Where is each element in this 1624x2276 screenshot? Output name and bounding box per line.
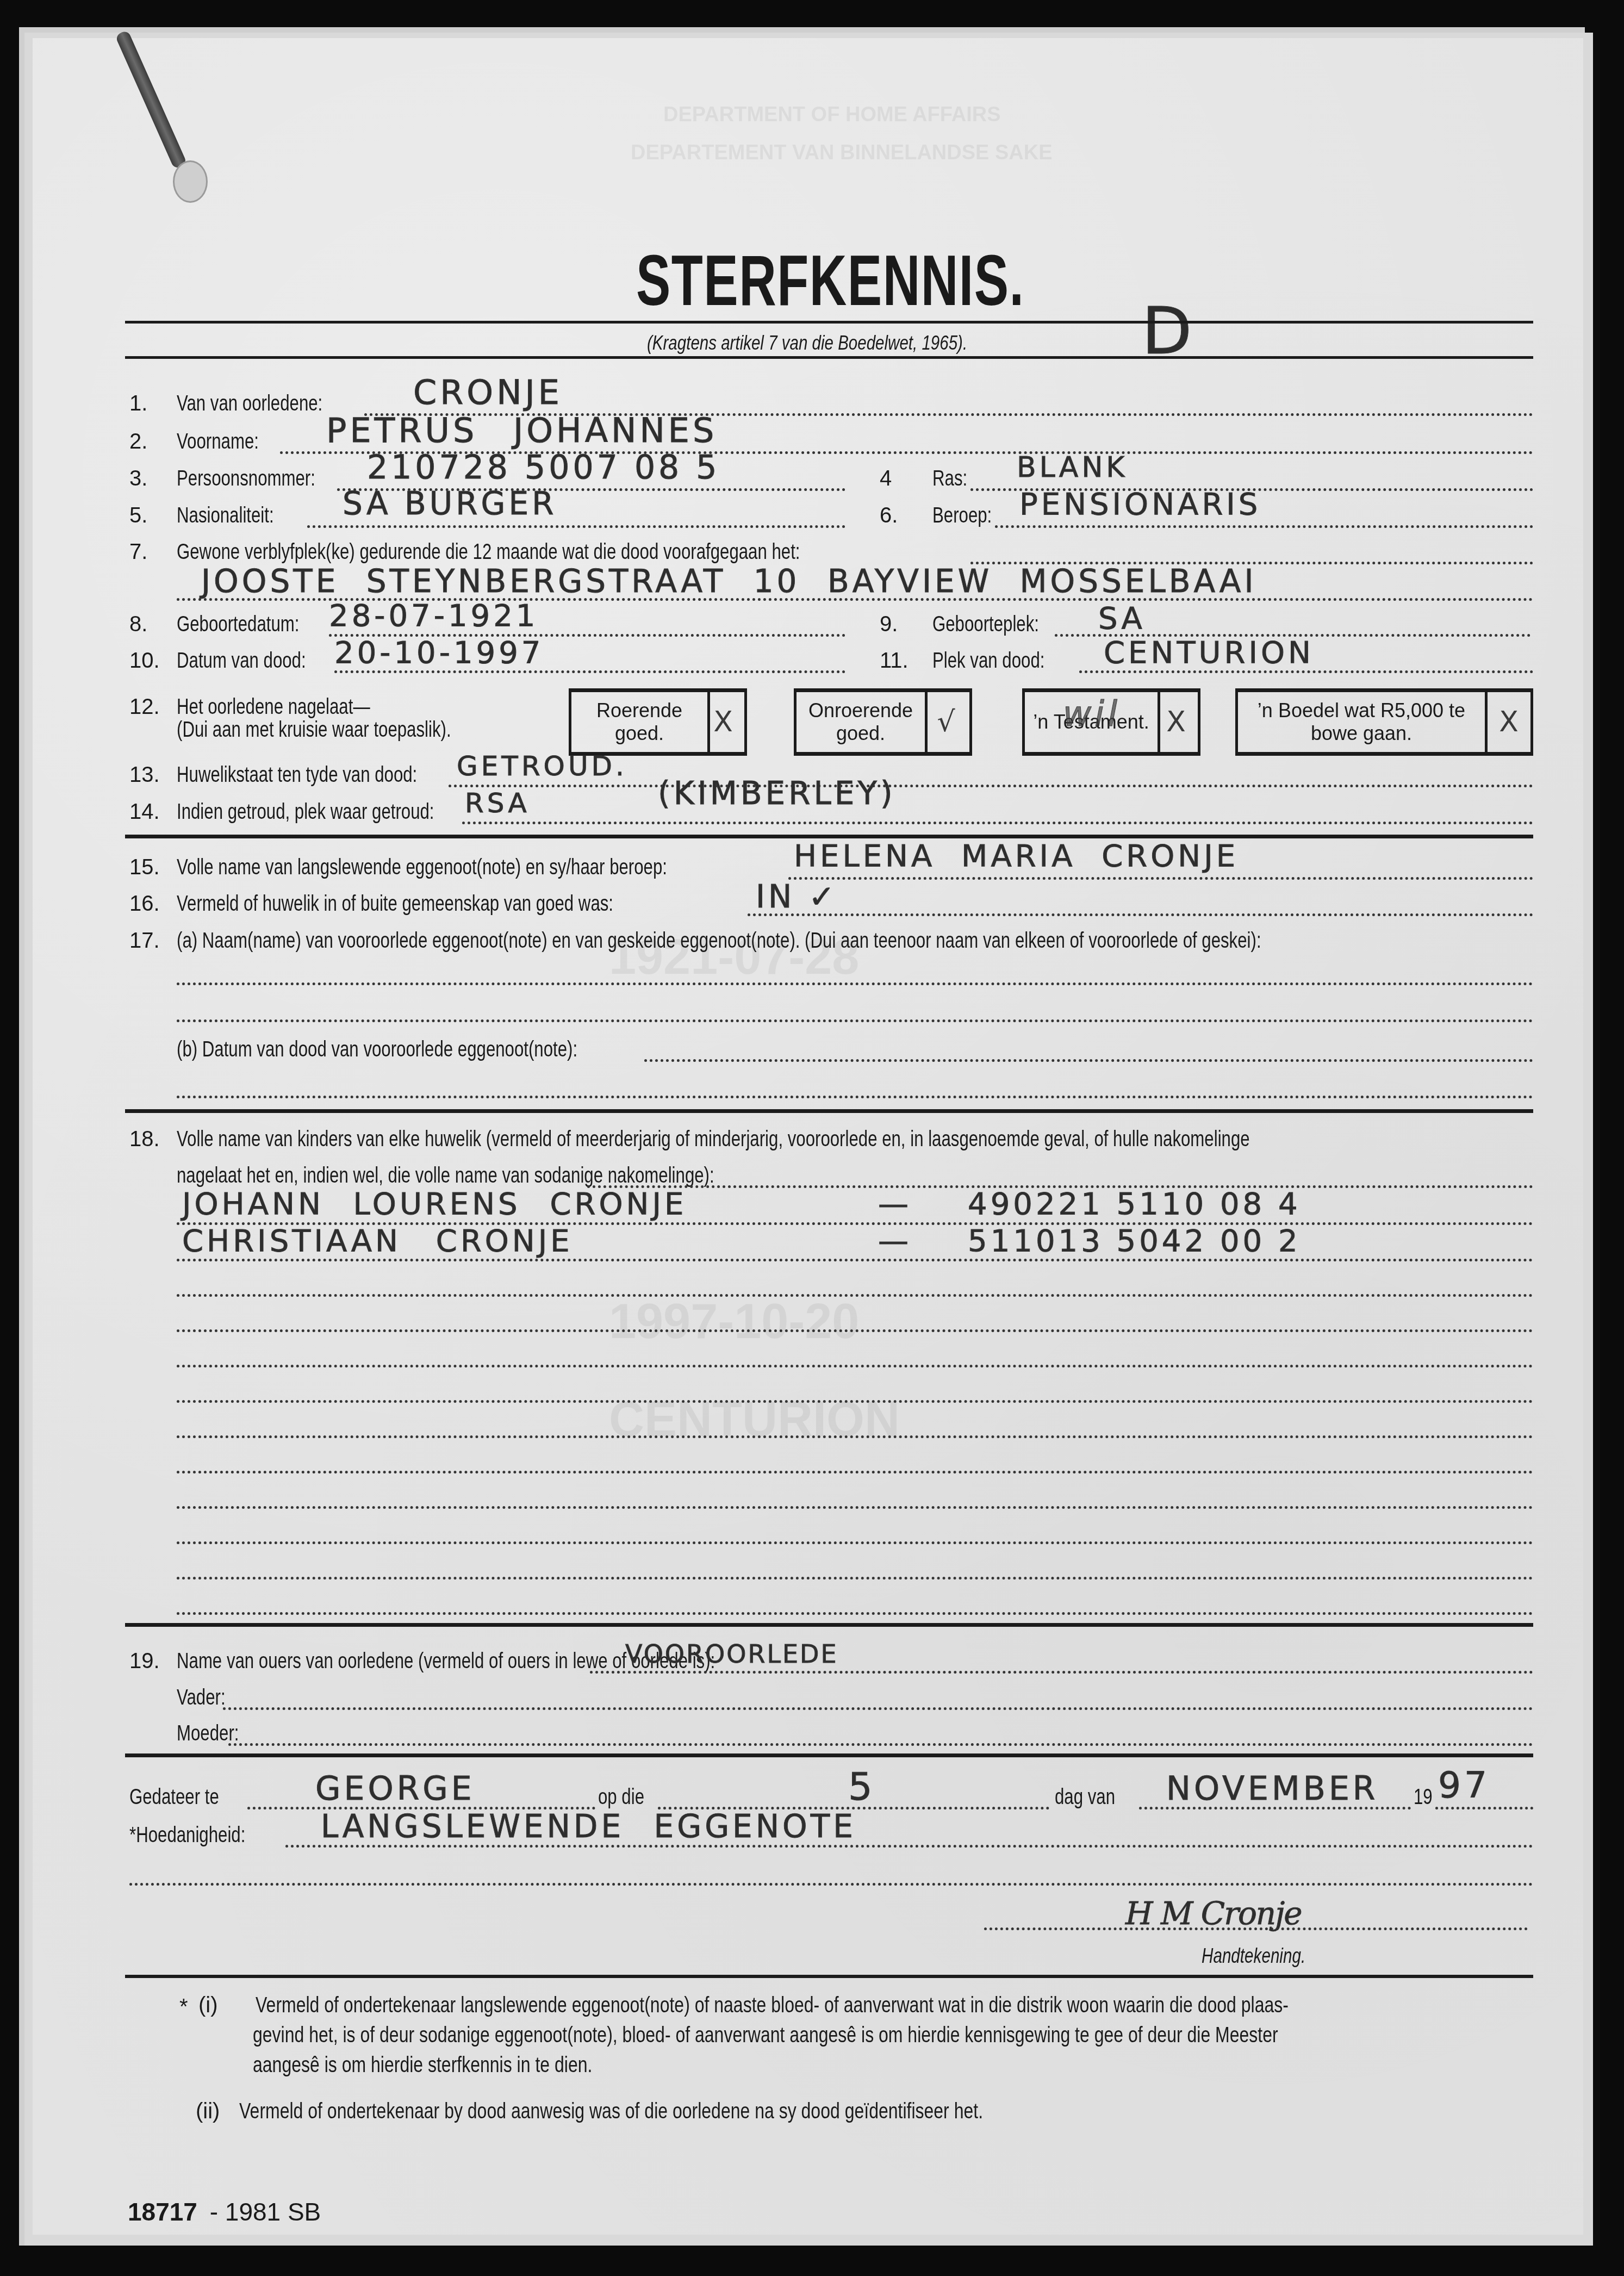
field-6-line[interactable] <box>995 525 1533 528</box>
child-line[interactable] <box>177 1506 1533 1509</box>
watermark-line1: DEPARTMENT OF HOME AFFAIRS <box>663 103 1001 127</box>
checkbox-onroerende-goed[interactable]: Onroerende goed. √ <box>794 688 972 756</box>
child-2-dash: — <box>878 1223 912 1259</box>
field-12-hint: (Dui aan met kruisie waar toepaslik). <box>177 719 528 741</box>
field-10-line[interactable] <box>334 670 845 673</box>
field-14-label: Indien getroud, plek waar getroud: <box>177 801 507 823</box>
field-11-line[interactable] <box>1079 670 1533 673</box>
signature-label: Handtekening. <box>1202 1945 1335 1967</box>
child-2-name[interactable]: CHRISTIAAN CRONJE <box>182 1223 573 1259</box>
field-7-value[interactable]: JOOSTE STEYNBERGSTRAAT 10 BAYVIEW MOSSEL… <box>201 563 1257 600</box>
field-10-value[interactable]: 20-10-1997 <box>334 635 544 670</box>
field-17b-label: (b) Datum van dood van vooroorlede eggen… <box>177 1038 690 1060</box>
checkbox-label: Roerende goed. <box>571 692 710 752</box>
field-3-value[interactable]: 210728 5007 08 5 <box>367 449 720 487</box>
field-3-label: Persoonsnommer: <box>177 468 354 489</box>
checkbox-testament[interactable]: ’n Testament. X wil <box>1022 688 1200 756</box>
dated-place-value[interactable]: GEORGE <box>315 1770 475 1808</box>
dated-month-value[interactable]: NOVEMBER <box>1166 1770 1379 1808</box>
field-4-label: Ras: <box>932 468 977 489</box>
field-17a-label: (a) Naam(name) van vooroorlede eggenoot(… <box>177 930 1567 952</box>
form-code: 18717 - 1981 SB <box>128 2197 321 2227</box>
field-1-number: 1. <box>129 393 147 414</box>
field-16-line[interactable] <box>748 913 1533 916</box>
checkbox-roerende-goed[interactable]: Roerende goed. X <box>569 688 747 756</box>
child-line[interactable] <box>177 1365 1533 1367</box>
field-18-label-cont: nagelaat het en, indien wel, die volle n… <box>177 1165 866 1186</box>
dated-day-value[interactable]: 5 <box>848 1764 876 1809</box>
section-rule <box>125 1109 1533 1113</box>
field-8-value[interactable]: 28-07-1921 <box>329 598 538 633</box>
field-19-value[interactable]: VOOROORLEDE <box>625 1639 838 1669</box>
field-19-line[interactable] <box>590 1671 1533 1674</box>
footnote-i-line1: Vermeld of ondertekenaar langslewende eg… <box>256 1990 1547 2020</box>
footnote-ii-number: (ii) <box>196 2096 220 2126</box>
footnote-i-line3: aangesê is om hierdie sterfkennis in te … <box>253 2050 677 2080</box>
field-6-label: Beroep: <box>932 505 1009 526</box>
child-1-name[interactable]: JOHANN LOURENS CRONJE <box>182 1186 687 1222</box>
checkbox-label: Onroerende goed. <box>797 692 928 752</box>
capacity-field[interactable] <box>285 1845 1533 1848</box>
field-5-value[interactable]: SA BURGER <box>343 485 557 522</box>
field-2-value[interactable]: PETRUS JOHANNES <box>326 411 717 450</box>
footnote-ii-text: Vermeld of ondertekenaar by dood aanwesi… <box>239 2096 1169 2126</box>
child-1-id[interactable]: 490221 5110 08 4 <box>968 1186 1301 1222</box>
field-7-number: 7. <box>129 541 147 563</box>
dated-month-label: dag van <box>1055 1786 1132 1808</box>
checkbox-label: ’n Boedel wat R5,000 te bowe gaan. <box>1238 692 1488 752</box>
child-line[interactable] <box>177 1294 1533 1297</box>
child-line[interactable] <box>177 1541 1533 1544</box>
field-2-number: 2. <box>129 431 147 452</box>
page-title: STERFKENNIS. <box>636 239 1175 321</box>
cross-mark-icon: X <box>1154 692 1198 752</box>
check-mark-icon: √ <box>923 692 969 752</box>
field-4-value[interactable]: BLANK <box>1017 451 1128 484</box>
field-17a-line[interactable] <box>177 1019 1533 1022</box>
dated-year-value[interactable]: 97 <box>1438 1764 1490 1806</box>
field-9-number: 9. <box>880 613 898 635</box>
field-14-number: 14. <box>129 801 160 823</box>
form-code-year: - 1981 SB <box>210 2198 321 2226</box>
section-rule <box>125 1753 1533 1757</box>
child-line[interactable] <box>177 1259 1533 1261</box>
field-12-label: Het oorledene nagelaat— <box>177 696 425 718</box>
child-line[interactable] <box>177 1400 1533 1403</box>
field-15-number: 15. <box>129 856 160 878</box>
field-18-label: Volle name van kinders van elke huwelik … <box>177 1128 1552 1150</box>
field-5-label: Nasionaliteit: <box>177 505 301 526</box>
watermark-line2: DEPARTEMENT VAN BINNELANDSE SAKE <box>631 141 1053 165</box>
field-9-value[interactable]: SA <box>1098 601 1146 636</box>
mother-label: Moeder: <box>177 1722 257 1744</box>
field-16-number: 16. <box>129 893 160 915</box>
field-11-value[interactable]: CENTURION <box>1104 635 1314 670</box>
field-16-value[interactable]: IN ✓ <box>756 878 838 915</box>
dated-day-label: op die <box>598 1786 657 1808</box>
footer-rule <box>125 1975 1533 1978</box>
handwritten-overwrite: wil <box>1063 694 1121 735</box>
signature-value[interactable]: H M Cronje <box>1125 1895 1302 1932</box>
child-line[interactable] <box>177 1435 1533 1438</box>
field-13-label: Huwelikstaat ten tyde van dood: <box>177 764 485 786</box>
field-14-value[interactable]: RSA <box>465 787 530 819</box>
field-5-line[interactable] <box>307 525 845 528</box>
cross-mark-icon: X <box>1487 692 1530 752</box>
document-page: DEPARTMENT OF HOME AFFAIRS DEPARTEMENT V… <box>33 38 1583 2235</box>
page-subtitle: (Kragtens artikel 7 van die Boedelwet, 1… <box>647 332 1037 355</box>
punch-hole-icon <box>173 160 208 203</box>
header-rule <box>125 356 1533 359</box>
field-18-number: 18. <box>129 1128 160 1150</box>
field-17-number: 17. <box>129 930 160 952</box>
field-10-label: Datum van dood: <box>177 650 343 671</box>
footnote-star: * <box>179 1992 188 2022</box>
footnote-i-number: (i) <box>198 1990 218 2020</box>
field-13-value[interactable]: GETROUD. <box>457 750 627 782</box>
field-12-number: 12. <box>129 696 160 718</box>
capacity-value[interactable]: LANGSLEWENDE EGGENOTE <box>321 1808 856 1845</box>
field-14-value-extra[interactable]: (KIMBERLEY) <box>658 775 896 812</box>
checkbox-boedel-r5000[interactable]: ’n Boedel wat R5,000 te bowe gaan. X <box>1235 688 1533 756</box>
field-5-number: 5. <box>129 505 147 526</box>
field-4-number: 4 <box>880 468 892 489</box>
footnote-i-line2: gevind het, is of deur sodanige eggenoot… <box>253 2020 1534 2050</box>
child-line[interactable] <box>177 1577 1533 1579</box>
father-field[interactable] <box>223 1707 1533 1710</box>
section-rule <box>125 835 1533 838</box>
dated-year-prefix: 19 <box>1414 1786 1438 1808</box>
field-9-label: Geboorteplek: <box>932 613 1069 635</box>
field-6-number: 6. <box>880 505 898 526</box>
capacity-label: *Hoedanigheid: <box>129 1824 278 1846</box>
watermark-ghost-value: 1997-10-20 <box>609 1294 859 1350</box>
field-19-number: 19. <box>129 1650 160 1672</box>
field-11-label: Plek van dood: <box>932 650 1077 671</box>
field-15-label: Volle name van langslewende eggenoot(not… <box>177 856 805 878</box>
field-10-number: 10. <box>129 650 160 671</box>
mother-field[interactable] <box>228 1743 1533 1746</box>
field-8-number: 8. <box>129 613 147 635</box>
field-15-value[interactable]: HELENA MARIA CRONJE <box>794 838 1239 874</box>
field-14-line[interactable] <box>462 822 1533 824</box>
section-rule <box>125 1623 1533 1627</box>
field-7-label: Gewone verblyfplek(ke) gedurende die 12 … <box>177 541 976 563</box>
cross-mark-icon: X <box>702 692 744 752</box>
dated-place-label: Gedateer te <box>129 1786 244 1808</box>
child-1-dash: — <box>878 1186 912 1222</box>
father-label: Vader: <box>177 1687 239 1708</box>
field-3-number: 3. <box>129 468 147 489</box>
child-2-id[interactable]: 511013 5042 00 2 <box>968 1223 1301 1259</box>
field-13-line[interactable] <box>449 785 1533 787</box>
header-rule <box>125 321 1533 324</box>
child-line[interactable] <box>177 1612 1533 1615</box>
field-8-label: Geboortedatum: <box>177 613 334 635</box>
field-17a-line[interactable] <box>177 982 1533 985</box>
field-15-line[interactable] <box>788 877 1533 880</box>
field-17b-line[interactable] <box>177 1096 1533 1098</box>
field-13-number: 13. <box>129 764 160 786</box>
child-line[interactable] <box>177 1329 1533 1332</box>
field-2-label: Voorname: <box>177 431 282 452</box>
field-11-number: 11. <box>880 650 909 671</box>
capacity-field-cont[interactable] <box>129 1883 1533 1886</box>
form-code-number: 18717 <box>128 2198 197 2226</box>
binding-string-icon <box>115 30 188 170</box>
dated-year-field[interactable] <box>1435 1807 1533 1809</box>
child-line[interactable] <box>177 1471 1533 1473</box>
field-1-value[interactable]: CRONJE <box>413 372 563 412</box>
field-6-value[interactable]: PENSIONARIS <box>1019 487 1261 522</box>
field-17b-line[interactable] <box>644 1059 1533 1062</box>
field-16-label: Vermeld of huwelik in of buite gemeenska… <box>177 893 737 915</box>
